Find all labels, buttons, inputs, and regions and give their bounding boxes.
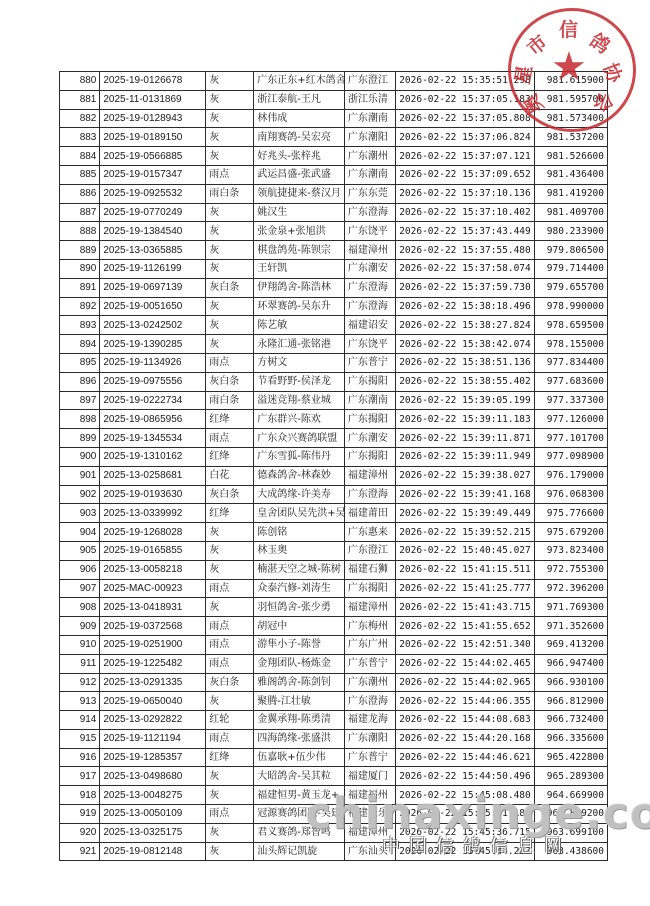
feather-color-cell: 雨点 bbox=[206, 729, 254, 748]
arrival-time-cell: 2026-02-22 15:41:15.511 bbox=[396, 560, 535, 579]
rank-cell: 888 bbox=[60, 222, 100, 241]
arrival-time-cell: 2026-02-22 15:37:07.121 bbox=[396, 147, 535, 166]
speed-cell: 966.812900 bbox=[534, 692, 607, 711]
arrival-time-cell: 2026-02-22 15:44:08.683 bbox=[396, 711, 535, 730]
owner-name-cell: 张金泉+张旭洪 bbox=[254, 222, 345, 241]
owner-name-cell: 羽恒鸽舍-张少勇 bbox=[254, 598, 345, 617]
region-cell: 广东广州 bbox=[344, 635, 395, 654]
arrival-time-cell: 2026-02-22 15:38:27.824 bbox=[396, 316, 535, 335]
speed-cell: 981.436400 bbox=[534, 165, 607, 184]
region-cell: 广东潮安 bbox=[344, 429, 395, 448]
owner-name-cell: 游隼小子-陈誉 bbox=[254, 635, 345, 654]
rank-cell: 884 bbox=[60, 147, 100, 166]
feather-color-cell: 灰 bbox=[206, 786, 254, 805]
region-cell: 广东潮州 bbox=[344, 147, 395, 166]
region-cell: 广东潮阳 bbox=[344, 729, 395, 748]
ring-number-cell: 2025-19-0372568 bbox=[100, 617, 206, 636]
owner-name-cell: 王轩凯 bbox=[254, 259, 345, 278]
arrival-time-cell: 2026-02-22 15:44:06.355 bbox=[396, 692, 535, 711]
table-row: 8892025-13-0365885灰棋盘鸽苑-陈钡宗福建漳州2026-02-2… bbox=[60, 241, 608, 260]
owner-name-cell: 环翠赛鸽-吴东升 bbox=[254, 297, 345, 316]
feather-color-cell: 雨点 bbox=[206, 579, 254, 598]
table-row: 8962025-19-0975556灰白条节看野野-侯泽龙广东揭阳2026-02… bbox=[60, 372, 608, 391]
table-row: 8812025-11-0131869灰浙江泰航-王凡浙江乐清2026-02-22… bbox=[60, 90, 608, 109]
owner-name-cell: 棋盘鸽苑-陈钡宗 bbox=[254, 241, 345, 260]
owner-name-cell: 节看野野-侯泽龙 bbox=[254, 372, 345, 391]
arrival-time-cell: 2026-02-22 15:41:43.715 bbox=[396, 598, 535, 617]
rank-cell: 903 bbox=[60, 504, 100, 523]
arrival-time-cell: 2026-02-22 15:39:11.871 bbox=[396, 429, 535, 448]
feather-color-cell: 灰白条 bbox=[206, 485, 254, 504]
speed-cell: 981.409700 bbox=[534, 203, 607, 222]
speed-cell: 972.755300 bbox=[534, 560, 607, 579]
region-cell: 广东澄海 bbox=[344, 203, 395, 222]
owner-name-cell: 永隆汇通-张铭港 bbox=[254, 335, 345, 354]
owner-name-cell: 好兆头-张梓兆 bbox=[254, 147, 345, 166]
rank-cell: 918 bbox=[60, 786, 100, 805]
ring-number-cell: 2025-19-0865956 bbox=[100, 410, 206, 429]
speed-cell: 977.337300 bbox=[534, 391, 607, 410]
feather-color-cell: 灰 bbox=[206, 109, 254, 128]
region-cell: 广东饶平 bbox=[344, 335, 395, 354]
region-cell: 广东普宁 bbox=[344, 654, 395, 673]
owner-name-cell: 伍嘉耿+伍少伟 bbox=[254, 748, 345, 767]
region-cell: 广东饶平 bbox=[344, 222, 395, 241]
speed-cell: 966.947400 bbox=[534, 654, 607, 673]
rank-cell: 907 bbox=[60, 579, 100, 598]
rank-cell: 882 bbox=[60, 109, 100, 128]
table-row: 9092025-19-0372568雨点胡冠中广东梅州2026-02-22 15… bbox=[60, 617, 608, 636]
speed-cell: 977.101700 bbox=[534, 429, 607, 448]
owner-name-cell: 广东正东+红木鸽舍 bbox=[254, 72, 345, 91]
table-row: 8862025-19-0925532雨白条领航捷捷来-蔡汉月广东东莞2026-0… bbox=[60, 184, 608, 203]
rank-cell: 917 bbox=[60, 767, 100, 786]
rank-cell: 906 bbox=[60, 560, 100, 579]
rank-cell: 908 bbox=[60, 598, 100, 617]
region-cell: 广东揭阳 bbox=[344, 447, 395, 466]
owner-name-cell: 浙江泰航-王凡 bbox=[254, 90, 345, 109]
arrival-time-cell: 2026-02-22 15:40:45.027 bbox=[396, 541, 535, 560]
watermark-site-name: 中国信鸽信息网 bbox=[382, 832, 571, 858]
arrival-time-cell: 2026-02-22 15:42:51.340 bbox=[396, 635, 535, 654]
table-row: 9032025-13-0339992红绛皇舍团队吴先洪+吴福建莆田2026-02… bbox=[60, 504, 608, 523]
speed-cell: 977.834400 bbox=[534, 353, 607, 372]
ring-number-cell: 2025-19-1285357 bbox=[100, 748, 206, 767]
feather-color-cell: 灰 bbox=[206, 823, 254, 842]
ring-number-cell: 2025-13-0339992 bbox=[100, 504, 206, 523]
ring-number-cell: 2025-13-0418931 bbox=[100, 598, 206, 617]
ring-number-cell: 2025-19-0126678 bbox=[100, 72, 206, 91]
arrival-time-cell: 2026-02-22 15:37:55.480 bbox=[396, 241, 535, 260]
rank-cell: 910 bbox=[60, 635, 100, 654]
arrival-time-cell: 2026-02-22 15:38:42.074 bbox=[396, 335, 535, 354]
arrival-time-cell: 2026-02-22 15:38:55.402 bbox=[396, 372, 535, 391]
arrival-time-cell: 2026-02-22 15:44:50.496 bbox=[396, 767, 535, 786]
speed-cell: 976.179000 bbox=[534, 466, 607, 485]
table-row: 9122025-13-0291335灰白条雅阁鸽舍-陈剑钊广东潮州2026-02… bbox=[60, 673, 608, 692]
owner-name-cell: 胡冠中 bbox=[254, 617, 345, 636]
ring-number-cell: 2025-19-0251900 bbox=[100, 635, 206, 654]
rank-cell: 889 bbox=[60, 241, 100, 260]
owner-name-cell: 德森鸽舍-林森妙 bbox=[254, 466, 345, 485]
arrival-time-cell: 2026-02-22 15:37:10.136 bbox=[396, 184, 535, 203]
ring-number-cell: 2025-19-1268028 bbox=[100, 523, 206, 542]
rank-cell: 880 bbox=[60, 72, 100, 91]
arrival-time-cell: 2026-02-22 15:44:20.168 bbox=[396, 729, 535, 748]
table-row: 8842025-19-0566885灰好兆头-张梓兆广东潮州2026-02-22… bbox=[60, 147, 608, 166]
ring-number-cell: 2025-19-0650040 bbox=[100, 692, 206, 711]
rank-cell: 914 bbox=[60, 711, 100, 730]
owner-name-cell: 金翼承翔-陈勇清 bbox=[254, 711, 345, 730]
arrival-time-cell: 2026-02-22 15:44:02.465 bbox=[396, 654, 535, 673]
speed-cell: 981.526600 bbox=[534, 147, 607, 166]
rank-cell: 909 bbox=[60, 617, 100, 636]
owner-name-cell: 陈创铭 bbox=[254, 523, 345, 542]
rank-cell: 902 bbox=[60, 485, 100, 504]
region-cell: 广东揭阳 bbox=[344, 372, 395, 391]
ring-number-cell: 2025-19-1225482 bbox=[100, 654, 206, 673]
feather-color-cell: 灰白条 bbox=[206, 673, 254, 692]
owner-name-cell: 伊翔鸽舍-陈浩林 bbox=[254, 278, 345, 297]
ring-number-cell: 2025-13-0365885 bbox=[100, 241, 206, 260]
rank-cell: 898 bbox=[60, 410, 100, 429]
table-row: 9132025-19-0650040灰聚腾-江壮敏广东澄海2026-02-22 … bbox=[60, 692, 608, 711]
table-row: 8922025-19-0051650灰环翠赛鸽-吴东升广东澄海2026-02-2… bbox=[60, 297, 608, 316]
region-cell: 浙江乐清 bbox=[344, 90, 395, 109]
table-row: 8902025-19-1126199灰王轩凯广东潮安2026-02-22 15:… bbox=[60, 259, 608, 278]
ring-number-cell: 2025-13-0058218 bbox=[100, 560, 206, 579]
feather-color-cell: 红绛 bbox=[206, 748, 254, 767]
owner-name-cell: 金翔团队-杨炼金 bbox=[254, 654, 345, 673]
ring-number-cell: 2025-19-0975556 bbox=[100, 372, 206, 391]
owner-name-cell: 大昭鸽舍-吴其粒 bbox=[254, 767, 345, 786]
seal-char: 市 bbox=[521, 28, 553, 61]
owner-name-cell: 皇舍团队吴先洪+吴 bbox=[254, 504, 345, 523]
table-row: 8932025-13-0242502灰陈艺敏福建诏安2026-02-22 15:… bbox=[60, 316, 608, 335]
arrival-time-cell: 2026-02-22 15:38:18.496 bbox=[396, 297, 535, 316]
region-cell: 福建漳州 bbox=[344, 466, 395, 485]
arrival-time-cell: 2026-02-22 15:39:38.027 bbox=[396, 466, 535, 485]
arrival-time-cell: 2026-02-22 15:44:46.621 bbox=[396, 748, 535, 767]
owner-name-cell: 广东雪狐-陈伟丹 bbox=[254, 447, 345, 466]
arrival-time-cell: 2026-02-22 15:39:49.449 bbox=[396, 504, 535, 523]
feather-color-cell: 灰 bbox=[206, 90, 254, 109]
feather-color-cell: 白花 bbox=[206, 466, 254, 485]
feather-color-cell: 红轮 bbox=[206, 711, 254, 730]
rank-cell: 916 bbox=[60, 748, 100, 767]
region-cell: 广东澄江 bbox=[344, 72, 395, 91]
rank-cell: 896 bbox=[60, 372, 100, 391]
arrival-time-cell: 2026-02-22 15:39:11.183 bbox=[396, 410, 535, 429]
owner-name-cell: 众泰汽修-刘涛生 bbox=[254, 579, 345, 598]
table-row: 9062025-13-0058218灰楠湛天空之城-陈树福建石狮2026-02-… bbox=[60, 560, 608, 579]
owner-name-cell: 方树文 bbox=[254, 353, 345, 372]
seal-char: 鸽 bbox=[585, 26, 616, 59]
speed-cell: 965.289300 bbox=[534, 767, 607, 786]
region-cell: 广东澄海 bbox=[344, 692, 395, 711]
table-row: 8832025-19-0189150灰南翔赛鸽-吴宏亮广东潮阳2026-02-2… bbox=[60, 128, 608, 147]
race-results-table: 8802025-19-0126678灰广东正东+红木鸽舍广东澄江2026-02-… bbox=[59, 71, 608, 861]
rank-cell: 881 bbox=[60, 90, 100, 109]
rank-cell: 886 bbox=[60, 184, 100, 203]
owner-name-cell: 林伟成 bbox=[254, 109, 345, 128]
arrival-time-cell: 2026-02-22 15:37:06.824 bbox=[396, 128, 535, 147]
region-cell: 广东潮南 bbox=[344, 109, 395, 128]
arrival-time-cell: 2026-02-22 15:37:09.652 bbox=[396, 165, 535, 184]
feather-color-cell: 灰 bbox=[206, 241, 254, 260]
speed-cell: 979.655700 bbox=[534, 278, 607, 297]
rank-cell: 921 bbox=[60, 842, 100, 861]
owner-name-cell: 领航捷捷来-蔡汉月 bbox=[254, 184, 345, 203]
speed-cell: 978.155000 bbox=[534, 335, 607, 354]
rank-cell: 904 bbox=[60, 523, 100, 542]
table-row: 9102025-19-0251900雨点游隼小子-陈誉广东广州2026-02-2… bbox=[60, 635, 608, 654]
owner-name-cell: 武运昌盛-张武盛 bbox=[254, 165, 345, 184]
feather-color-cell: 灰 bbox=[206, 203, 254, 222]
speed-cell: 972.396200 bbox=[534, 579, 607, 598]
table-row: 8882025-19-1384540灰张金泉+张旭洪广东饶平2026-02-22… bbox=[60, 222, 608, 241]
feather-color-cell: 灰 bbox=[206, 767, 254, 786]
feather-color-cell: 灰 bbox=[206, 842, 254, 861]
table-row: 8942025-19-1390285灰永隆汇通-张铭港广东饶平2026-02-2… bbox=[60, 335, 608, 354]
arrival-time-cell: 2026-02-22 15:39:11.949 bbox=[396, 447, 535, 466]
table-row: 9152025-19-1121194雨点四海鸽缘-张盛洪广东潮阳2026-02-… bbox=[60, 729, 608, 748]
ring-number-cell: 2025-19-1384540 bbox=[100, 222, 206, 241]
speed-cell: 981.573400 bbox=[534, 109, 607, 128]
owner-name-cell: 南翔赛鸽-吴宏亮 bbox=[254, 128, 345, 147]
region-cell: 福建漳州 bbox=[344, 598, 395, 617]
ring-number-cell: 2025-19-0051650 bbox=[100, 297, 206, 316]
table-row: 8912025-19-0697139灰白条伊翔鸽舍-陈浩林广东澄海2026-02… bbox=[60, 278, 608, 297]
speed-cell: 975.776600 bbox=[534, 504, 607, 523]
arrival-time-cell: 2026-02-22 15:35:51.298 bbox=[396, 72, 535, 91]
speed-cell: 969.413200 bbox=[534, 635, 607, 654]
owner-name-cell: 大成鸽缘-许美寿 bbox=[254, 485, 345, 504]
ring-number-cell: 2025-13-0292822 bbox=[100, 711, 206, 730]
region-cell: 广东潮南 bbox=[344, 391, 395, 410]
seal-char: 信 bbox=[559, 15, 578, 42]
ring-number-cell: 2025-13-0050109 bbox=[100, 805, 206, 824]
feather-color-cell: 灰白条 bbox=[206, 278, 254, 297]
ring-number-cell: 2025-19-0157347 bbox=[100, 165, 206, 184]
owner-name-cell: 姚汉生 bbox=[254, 203, 345, 222]
owner-name-cell: 溢迷竞翔-蔡业城 bbox=[254, 391, 345, 410]
rank-cell: 911 bbox=[60, 654, 100, 673]
arrival-time-cell: 2026-02-22 15:39:52.215 bbox=[396, 523, 535, 542]
arrival-time-cell: 2026-02-22 15:41:25.777 bbox=[396, 579, 535, 598]
feather-color-cell: 雨白条 bbox=[206, 184, 254, 203]
owner-name-cell: 四海鸽缘-张盛洪 bbox=[254, 729, 345, 748]
rank-cell: 890 bbox=[60, 259, 100, 278]
region-cell: 福建漳州 bbox=[344, 241, 395, 260]
region-cell: 广东梅州 bbox=[344, 617, 395, 636]
owner-name-cell: 聚腾-江壮敏 bbox=[254, 692, 345, 711]
speed-cell: 973.823400 bbox=[534, 541, 607, 560]
rank-cell: 887 bbox=[60, 203, 100, 222]
ring-number-cell: 2025-19-0812148 bbox=[100, 842, 206, 861]
region-cell: 广东普宁 bbox=[344, 353, 395, 372]
feather-color-cell: 雨白条 bbox=[206, 391, 254, 410]
feather-color-cell: 雨点 bbox=[206, 429, 254, 448]
table-row: 9052025-19-0165855灰林玉奥广东澄江2026-02-22 15:… bbox=[60, 541, 608, 560]
table-row: 8992025-19-1345534雨点广东众兴赛鸽联盟广东潮安2026-02-… bbox=[60, 429, 608, 448]
rank-cell: 919 bbox=[60, 805, 100, 824]
ring-number-cell: 2025-13-0498680 bbox=[100, 767, 206, 786]
speed-cell: 971.352600 bbox=[534, 617, 607, 636]
region-cell: 广东澄海 bbox=[344, 297, 395, 316]
speed-cell: 978.659500 bbox=[534, 316, 607, 335]
feather-color-cell: 雨点 bbox=[206, 353, 254, 372]
feather-color-cell: 灰 bbox=[206, 692, 254, 711]
feather-color-cell: 灰 bbox=[206, 598, 254, 617]
feather-color-cell: 红绛 bbox=[206, 447, 254, 466]
owner-name-cell: 广东众兴赛鸽联盟 bbox=[254, 429, 345, 448]
owner-name-cell: 广东群兴-陈欢 bbox=[254, 410, 345, 429]
region-cell: 广东东莞 bbox=[344, 184, 395, 203]
speed-cell: 978.990000 bbox=[534, 297, 607, 316]
ring-number-cell: 2025-MAC-00923 bbox=[100, 579, 206, 598]
arrival-time-cell: 2026-02-22 15:37:05.808 bbox=[396, 109, 535, 128]
speed-cell: 966.335600 bbox=[534, 729, 607, 748]
rank-cell: 913 bbox=[60, 692, 100, 711]
rank-cell: 900 bbox=[60, 447, 100, 466]
region-cell: 福建莆田 bbox=[344, 504, 395, 523]
table-row: 9022025-19-0193630灰白条大成鸽缘-许美寿广东澄海2026-02… bbox=[60, 485, 608, 504]
region-cell: 福建诏安 bbox=[344, 316, 395, 335]
table-row: 8982025-19-0865956红绛广东群兴-陈欢广东揭阳2026-02-2… bbox=[60, 410, 608, 429]
speed-cell: 965.422800 bbox=[534, 748, 607, 767]
feather-color-cell: 灰 bbox=[206, 259, 254, 278]
region-cell: 广东惠来 bbox=[344, 523, 395, 542]
speed-cell: 966.732400 bbox=[534, 711, 607, 730]
arrival-time-cell: 2026-02-22 15:44:02.965 bbox=[396, 673, 535, 692]
arrival-time-cell: 2026-02-22 15:37:05.183 bbox=[396, 90, 535, 109]
ring-number-cell: 2025-11-0131869 bbox=[100, 90, 206, 109]
owner-name-cell: 林玉奥 bbox=[254, 541, 345, 560]
ring-number-cell: 2025-19-0770249 bbox=[100, 203, 206, 222]
table-row: 9072025-MAC-00923雨点众泰汽修-刘涛生广东揭阳2026-02-2… bbox=[60, 579, 608, 598]
table-row: 9042025-19-1268028灰陈创铭广东惠来2026-02-22 15:… bbox=[60, 523, 608, 542]
feather-color-cell: 灰 bbox=[206, 560, 254, 579]
rank-cell: 915 bbox=[60, 729, 100, 748]
owner-name-cell: 陈艺敏 bbox=[254, 316, 345, 335]
ring-number-cell: 2025-13-0325175 bbox=[100, 823, 206, 842]
rank-cell: 883 bbox=[60, 128, 100, 147]
region-cell: 广东揭阳 bbox=[344, 579, 395, 598]
owner-name-cell: 楠湛天空之城-陈树 bbox=[254, 560, 345, 579]
speed-cell: 981.595700 bbox=[534, 90, 607, 109]
ring-number-cell: 2025-13-0048275 bbox=[100, 786, 206, 805]
arrival-time-cell: 2026-02-22 15:39:05.199 bbox=[396, 391, 535, 410]
feather-color-cell: 灰 bbox=[206, 541, 254, 560]
ring-number-cell: 2025-19-1121194 bbox=[100, 729, 206, 748]
table-row: 8852025-19-0157347雨点武运昌盛-张武盛广东潮南2026-02-… bbox=[60, 165, 608, 184]
feather-color-cell: 红绛 bbox=[206, 410, 254, 429]
region-cell: 福建龙海 bbox=[344, 711, 395, 730]
rank-cell: 905 bbox=[60, 541, 100, 560]
ring-number-cell: 2025-19-1390285 bbox=[100, 335, 206, 354]
rank-cell: 897 bbox=[60, 391, 100, 410]
region-cell: 广东潮州 bbox=[344, 673, 395, 692]
table-row: 9172025-13-0498680灰大昭鸽舍-吴其粒福建厦门2026-02-2… bbox=[60, 767, 608, 786]
region-cell: 福建厦门 bbox=[344, 767, 395, 786]
ring-number-cell: 2025-19-0165855 bbox=[100, 541, 206, 560]
ring-number-cell: 2025-19-0193630 bbox=[100, 485, 206, 504]
region-cell: 福建石狮 bbox=[344, 560, 395, 579]
speed-cell: 979.806500 bbox=[534, 241, 607, 260]
speed-cell: 981.537200 bbox=[534, 128, 607, 147]
region-cell: 广东潮阳 bbox=[344, 128, 395, 147]
table-row: 9002025-19-1310162红绛广东雪狐-陈伟丹广东揭阳2026-02-… bbox=[60, 447, 608, 466]
rank-cell: 885 bbox=[60, 165, 100, 184]
feather-color-cell: 红绛 bbox=[206, 504, 254, 523]
rank-cell: 901 bbox=[60, 466, 100, 485]
feather-color-cell: 雨点 bbox=[206, 635, 254, 654]
arrival-time-cell: 2026-02-22 15:41:55.652 bbox=[396, 617, 535, 636]
ring-number-cell: 2025-13-0291335 bbox=[100, 673, 206, 692]
feather-color-cell: 灰 bbox=[206, 128, 254, 147]
feather-color-cell: 雨点 bbox=[206, 165, 254, 184]
rank-cell: 891 bbox=[60, 278, 100, 297]
ring-number-cell: 2025-19-0697139 bbox=[100, 278, 206, 297]
table-row: 9112025-19-1225482雨点金翔团队-杨炼金广东普宁2026-02-… bbox=[60, 654, 608, 673]
feather-color-cell: 灰 bbox=[206, 297, 254, 316]
speed-cell: 971.769300 bbox=[534, 598, 607, 617]
table-row: 9142025-13-0292822红轮金翼承翔-陈勇清福建龙海2026-02-… bbox=[60, 711, 608, 730]
rank-cell: 892 bbox=[60, 297, 100, 316]
speed-cell: 981.419200 bbox=[534, 184, 607, 203]
feather-color-cell: 灰 bbox=[206, 222, 254, 241]
results-table-body: 8802025-19-0126678灰广东正东+红木鸽舍广东澄江2026-02-… bbox=[60, 72, 608, 861]
table-row: 9082025-13-0418931灰羽恒鸽舍-张少勇福建漳州2026-02-2… bbox=[60, 598, 608, 617]
speed-cell: 979.714400 bbox=[534, 259, 607, 278]
owner-name-cell: 汕头辉记凯旋 bbox=[254, 842, 345, 861]
table-row: 8972025-19-0222734雨白条溢迷竞翔-蔡业城广东潮南2026-02… bbox=[60, 391, 608, 410]
rank-cell: 899 bbox=[60, 429, 100, 448]
region-cell: 广东普宁 bbox=[344, 748, 395, 767]
results-sheet: 8802025-19-0126678灰广东正东+红木鸽舍广东澄江2026-02-… bbox=[59, 71, 608, 861]
region-cell: 广东揭阳 bbox=[344, 410, 395, 429]
arrival-time-cell: 2026-02-22 15:37:10.402 bbox=[396, 203, 535, 222]
ring-number-cell: 2025-19-0128943 bbox=[100, 109, 206, 128]
speed-cell: 966.930100 bbox=[534, 673, 607, 692]
arrival-time-cell: 2026-02-22 15:37:43.449 bbox=[396, 222, 535, 241]
speed-cell: 977.683600 bbox=[534, 372, 607, 391]
feather-color-cell: 灰 bbox=[206, 335, 254, 354]
ring-number-cell: 2025-19-0189150 bbox=[100, 128, 206, 147]
feather-color-cell: 灰白条 bbox=[206, 372, 254, 391]
arrival-time-cell: 2026-02-22 15:37:59.730 bbox=[396, 278, 535, 297]
speed-cell: 976.068300 bbox=[534, 485, 607, 504]
feather-color-cell: 灰 bbox=[206, 147, 254, 166]
table-row: 8952025-19-1134926雨点方树文广东普宁2026-02-22 15… bbox=[60, 353, 608, 372]
arrival-time-cell: 2026-02-22 15:37:58.074 bbox=[396, 259, 535, 278]
feather-color-cell: 灰 bbox=[206, 72, 254, 91]
ring-number-cell: 2025-13-0242502 bbox=[100, 316, 206, 335]
speed-cell: 981.615900 bbox=[534, 72, 607, 91]
arrival-time-cell: 2026-02-22 15:38:51.136 bbox=[396, 353, 535, 372]
speed-cell: 977.098900 bbox=[534, 447, 607, 466]
ring-number-cell: 2025-19-0566885 bbox=[100, 147, 206, 166]
feather-color-cell: 灰 bbox=[206, 523, 254, 542]
region-cell: 广东澄海 bbox=[344, 278, 395, 297]
region-cell: 广东潮安 bbox=[344, 259, 395, 278]
speed-cell: 977.126000 bbox=[534, 410, 607, 429]
ring-number-cell: 2025-19-1310162 bbox=[100, 447, 206, 466]
speed-cell: 980.233900 bbox=[534, 222, 607, 241]
region-cell: 广东澄海 bbox=[344, 485, 395, 504]
region-cell: 广东澄江 bbox=[344, 541, 395, 560]
